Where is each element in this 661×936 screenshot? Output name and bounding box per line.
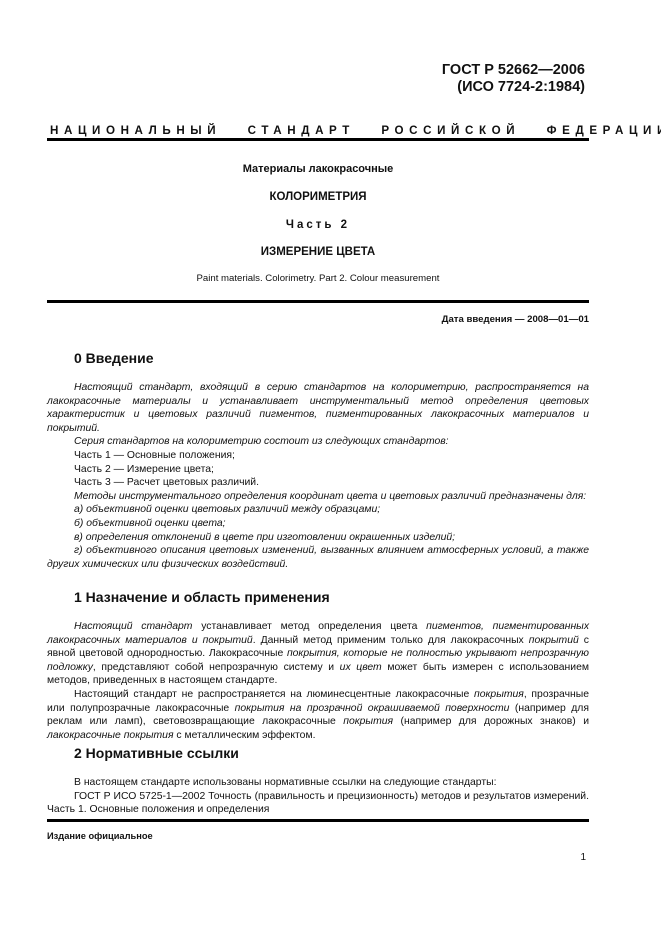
intro-paragraph-1: Настоящий стандарт, входящий в серию ста… — [47, 382, 589, 434]
section-1-body: Настоящий стандарт устанавливает метод о… — [47, 620, 589, 742]
purpose-list-item: в) определения отклонений в цвете при из… — [74, 532, 455, 543]
standard-code-iso: (ИСО 7724-2:1984) — [442, 79, 585, 96]
section-2-body: В настоящем стандарте использованы норма… — [47, 776, 589, 817]
scope-paragraph-1: Настоящий стандарт устанавливает метод о… — [47, 620, 589, 688]
page-number: 1 — [580, 852, 586, 863]
standard-code: ГОСТ Р 52662—2006 (ИСО 7724-2:1984) — [442, 62, 585, 96]
title-subject: Материалы лакокрасочные — [47, 163, 589, 175]
section-1-heading: 1 Назначение и область применения — [74, 589, 330, 605]
intro-paragraph-3: Методы инструментального определения коо… — [74, 491, 586, 502]
section-0-heading: 0 Введение — [74, 350, 154, 366]
header-rule — [47, 138, 589, 141]
standard-code-gost: ГОСТ Р 52662—2006 — [442, 62, 585, 79]
effective-date: Дата введения — 2008—01—01 — [442, 314, 589, 325]
intro-paragraph-2: Серия стандартов на колориметрию состоит… — [74, 436, 449, 447]
title-part: Часть 2 — [47, 219, 589, 231]
purpose-list-item: а) объективной оценки цветовых различий … — [74, 504, 380, 515]
official-edition-label: Издание официальное — [47, 831, 153, 841]
national-standard-banner: НАЦИОНАЛЬНЫЙ СТАНДАРТ РОССИЙСКОЙ ФЕДЕРАЦ… — [50, 124, 590, 137]
part-list-item: Часть 2 — Измерение цвета; — [47, 463, 589, 477]
purpose-list-item: б) объективной оценки цвета; — [74, 518, 226, 529]
title-english: Paint materials. Colorimetry. Part 2. Co… — [47, 273, 589, 284]
title-main: КОЛОРИМЕТРИЯ — [47, 191, 589, 203]
title-rule — [47, 300, 589, 303]
section-2-heading: 2 Нормативные ссылки — [74, 745, 239, 761]
references-paragraph-1: В настоящем стандарте использованы норма… — [47, 776, 589, 790]
scope-paragraph-2: Настоящий стандарт не распространяется н… — [47, 688, 589, 742]
purpose-list-item: г) объективного описания цветовых измене… — [47, 545, 589, 570]
title-part-name: ИЗМЕРЕНИЕ ЦВЕТА — [47, 246, 589, 258]
footer-rule — [47, 819, 589, 822]
reference-item: ГОСТ Р ИСО 5725-1—2002 Точность (правиль… — [47, 790, 589, 817]
section-0-body: Настоящий стандарт, входящий в серию ста… — [47, 381, 589, 571]
part-list-item: Часть 3 — Расчет цветовых различий. — [47, 476, 589, 490]
part-list-item: Часть 1 — Основные положения; — [47, 449, 589, 463]
